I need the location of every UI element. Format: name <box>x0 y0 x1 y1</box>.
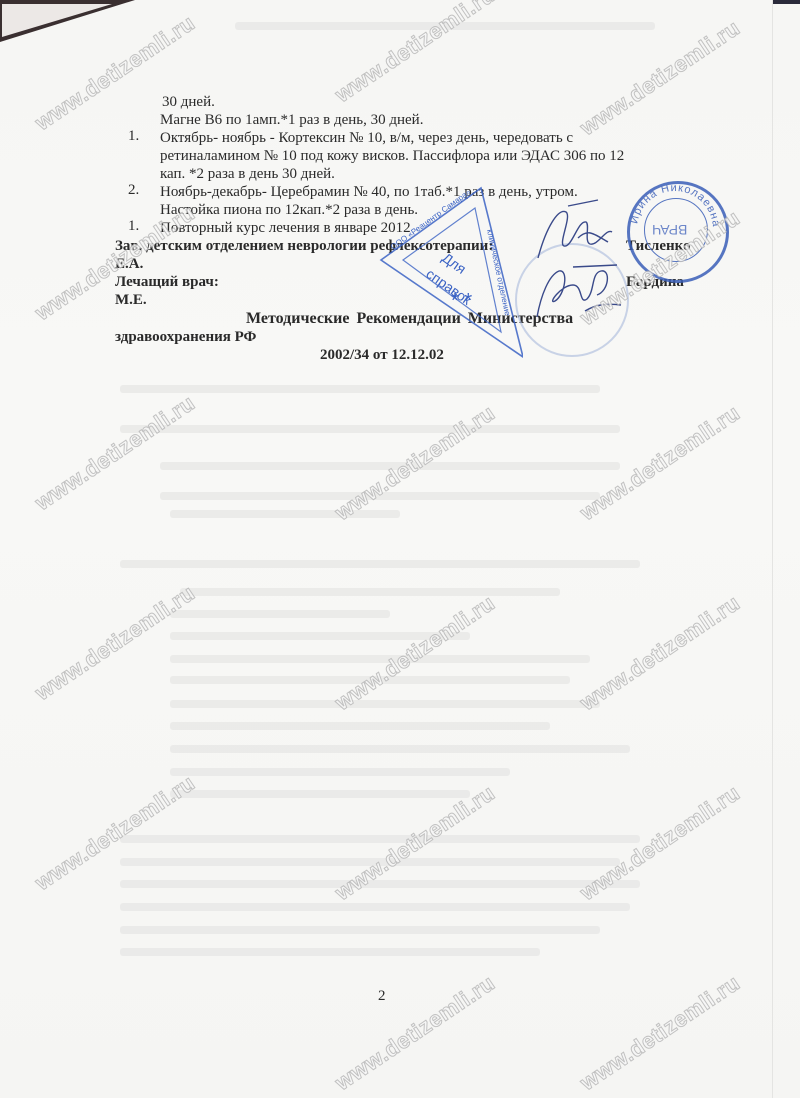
attending-doctor-initials: М.Е. <box>115 291 147 309</box>
bleed-through <box>120 835 640 843</box>
list-item-text: Октябрь- ноябрь - Кортексин № 10, в/м, ч… <box>160 129 573 147</box>
bleed-through <box>180 588 560 596</box>
bleed-through <box>170 768 510 776</box>
bleed-through <box>120 385 600 393</box>
bleed-through <box>170 790 470 798</box>
folded-corner-inner <box>2 4 112 37</box>
bleed-through <box>170 722 550 730</box>
bleed-through <box>120 903 630 911</box>
page-number: 2 <box>378 988 386 1005</box>
bleed-through <box>120 948 540 956</box>
watermark: www.detizemli.ru <box>575 590 744 716</box>
watermark: www.detizemli.ru <box>330 970 499 1096</box>
triangle-stamp: Для справок ООО «Реацентр Самара» клинич… <box>373 182 523 362</box>
bleed-through <box>170 745 630 753</box>
stamp-asterisks: * * <box>451 290 472 312</box>
watermark: www.detizemli.ru <box>330 590 499 716</box>
attending-doctor-label: Лечащий врач: <box>115 273 219 291</box>
bleed-through <box>120 560 640 568</box>
list-number: 1. <box>128 128 139 145</box>
watermark: www.detizemli.ru <box>575 15 744 141</box>
watermark: www.detizemli.ru <box>30 770 199 896</box>
bleed-through <box>120 926 600 934</box>
scan-edge <box>772 0 800 4</box>
bleed-through <box>120 425 620 433</box>
watermark: www.detizemli.ru <box>330 0 499 108</box>
watermark: www.detizemli.ru <box>30 580 199 706</box>
text-line: Магне В6 по 1амп.*1 раз в день, 30 дней. <box>160 111 423 129</box>
list-item-text: кап. *2 раза в день 30 дней. <box>160 165 335 183</box>
document-page: 30 дней. Магне В6 по 1амп.*1 раз в день,… <box>0 0 800 1098</box>
watermark: www.detizemli.ru <box>575 970 744 1096</box>
list-number: 2. <box>128 182 139 199</box>
scan-edge-line <box>772 0 773 1098</box>
reference-subtitle: здравоохранения РФ <box>115 328 256 346</box>
bleed-through <box>170 610 390 618</box>
text-line: 30 дней. <box>162 93 215 111</box>
bleed-through <box>170 700 600 708</box>
stamp-center-text: ВРАЧ <box>652 222 687 238</box>
list-item-text: ретиналамином № 10 под кожу висков. Пасс… <box>160 147 624 165</box>
